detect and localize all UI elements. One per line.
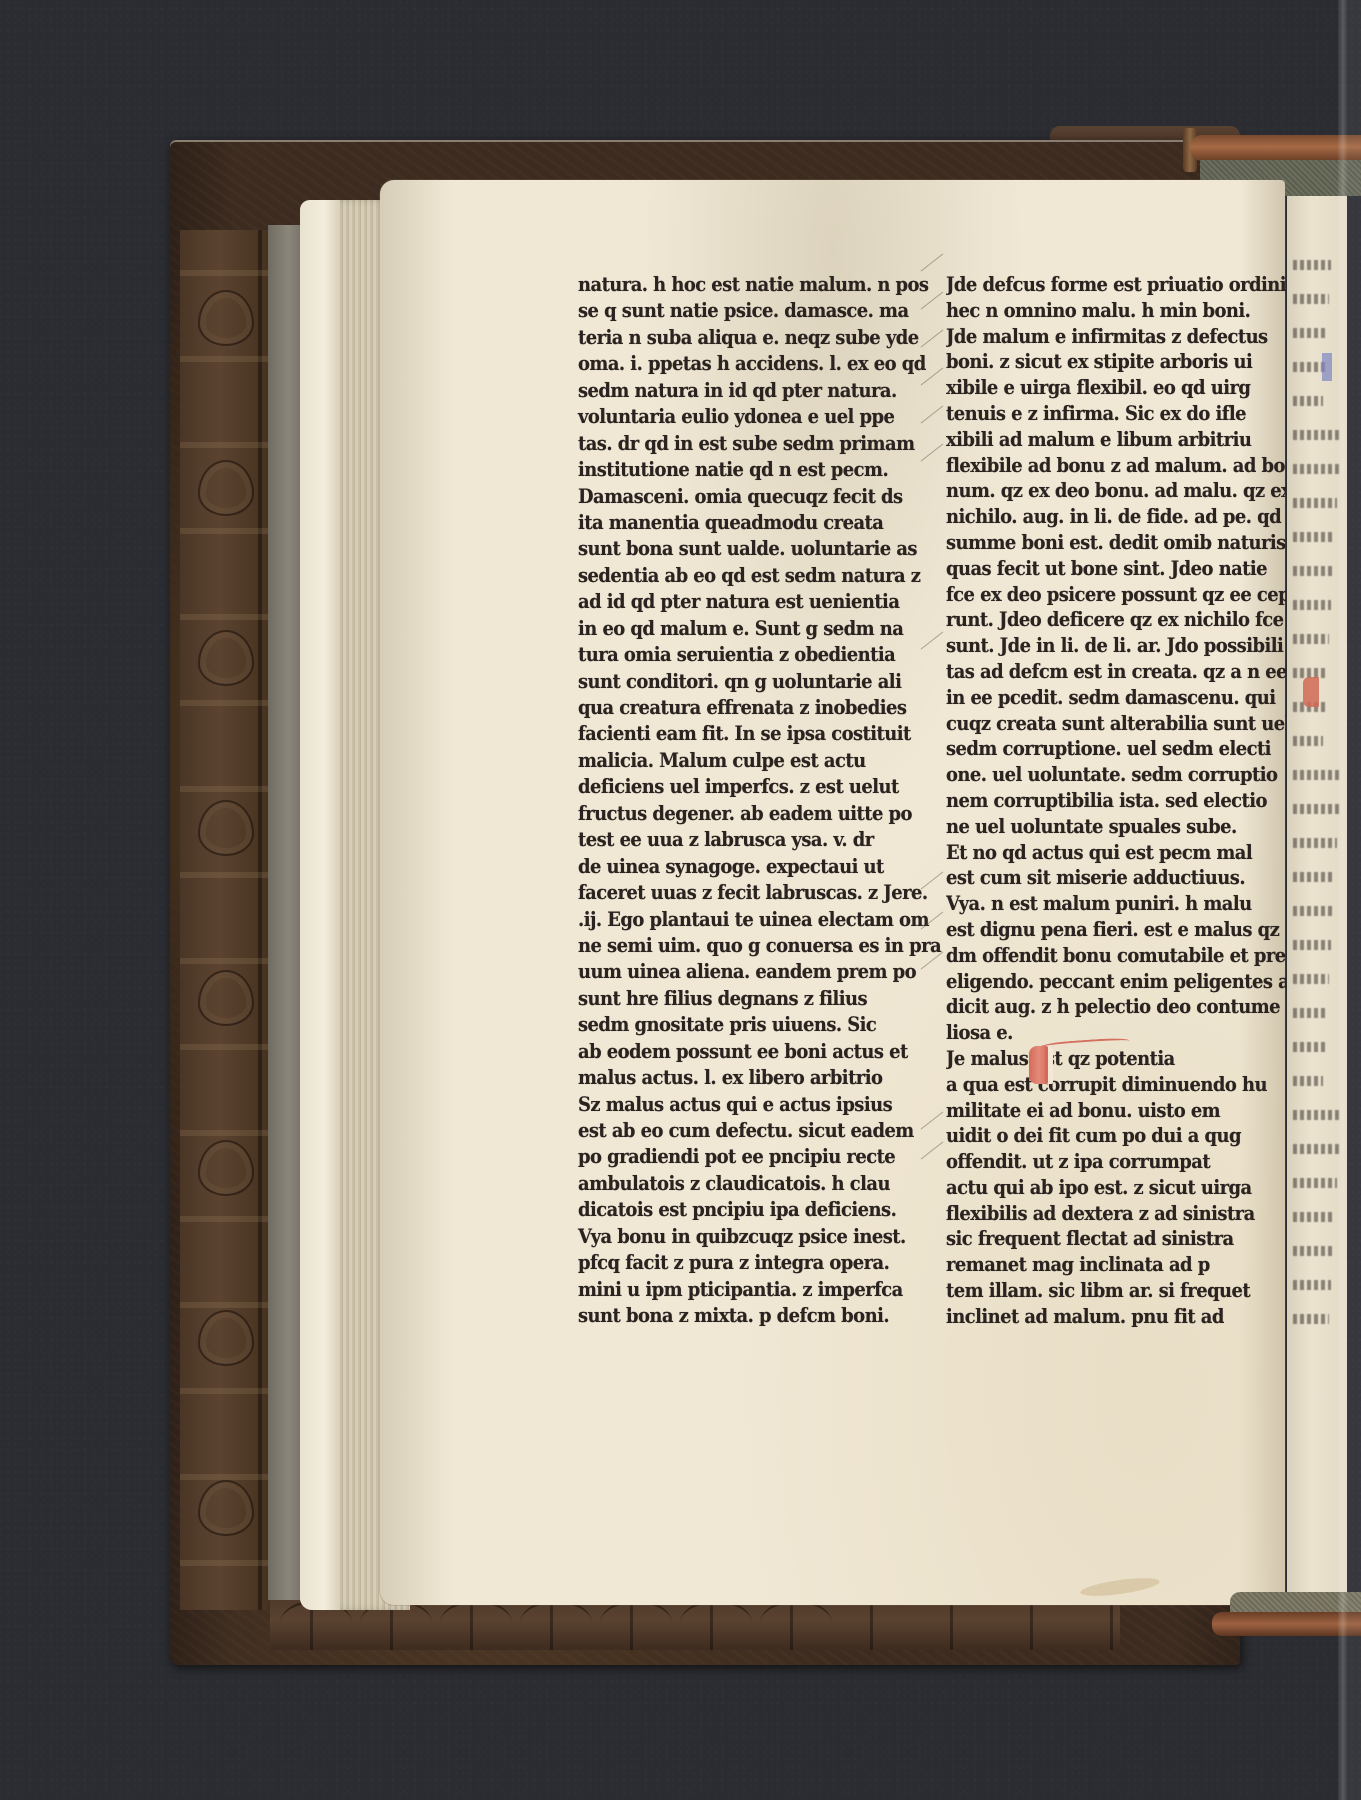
clasp-bar-top: [1190, 135, 1361, 161]
manuscript-text-line: se q sunt natie psice. damasce. ma: [578, 298, 891, 324]
manuscript-text-line: ita manentia queadmodu creata: [578, 510, 891, 536]
manuscript-text-line: boni. z sicut ex stipite arboris ui: [946, 349, 1259, 375]
recto-text-line: [1293, 1042, 1325, 1052]
tooled-motif-icon: [198, 1140, 254, 1196]
recto-text-line: [1293, 872, 1335, 882]
recto-text-line: [1293, 600, 1331, 610]
recto-text-line: [1293, 770, 1341, 780]
manuscript-text-line: fructus degener. ab eadem uitte po: [578, 801, 891, 827]
manuscript-text-line: de uinea synagoge. expectaui ut: [578, 854, 891, 880]
manuscript-text-line: ne uel uoluntate spuales sube.: [946, 814, 1259, 840]
recto-text-line: [1293, 464, 1339, 474]
recto-text-line: [1293, 294, 1329, 304]
manuscript-text-line: eligendo. peccant enim peligentes ad: [946, 969, 1259, 995]
manuscript-text-line: tenuis e z infirma. Sic ex do ifle: [946, 401, 1259, 427]
manuscript-text-line: ne semi uim. quo g conuersa es in pra: [578, 933, 891, 959]
manuscript-text-line: sedentia ab eo qd est sedm natura z: [578, 563, 891, 589]
manuscript-text-line: oma. i. ppetas h accidens. l. ex eo qd: [578, 351, 891, 377]
recto-text-line: [1293, 1144, 1339, 1154]
manuscript-text-line: hec n omnino malu. h min boni.: [946, 298, 1259, 324]
tooled-motif-icon: [198, 1480, 254, 1536]
manuscript-text-line: one. uel uoluntate. sedm corruptio: [946, 762, 1259, 788]
manuscript-text-line: tas. dr qd in est sube sedm primam: [578, 431, 891, 457]
tooled-motif-icon: [198, 1310, 254, 1366]
manuscript-text-line: Jde defcus forme est priuatio ordinis: [946, 272, 1259, 298]
recto-text-line: [1293, 634, 1329, 644]
manuscript-text-line: est dignu pena fieri. est e malus qz: [946, 917, 1259, 943]
recto-text-line: [1293, 1178, 1337, 1188]
manuscript-text-line: offendit. ut z ipa corrumpat: [946, 1149, 1259, 1175]
manuscript-text-line: dicit aug. z h pelectio deo contume: [946, 994, 1259, 1020]
text-column-right: Jde defcus forme est priuatio ordinishec…: [946, 272, 1286, 1330]
manuscript-text-line: ab eodem possunt ee boni actus et: [578, 1039, 891, 1065]
manuscript-text-line: Vya. n est malum puniri. h malu: [946, 891, 1259, 917]
manuscript-text-line: flexibilis ad dextera z ad sinistra: [946, 1201, 1259, 1227]
manuscript-text-line: teria n suba aliqua e. neqz sube yde: [578, 325, 891, 351]
recto-text-line: [1293, 1280, 1331, 1290]
tooled-motif-icon: [198, 970, 254, 1026]
tooled-arc-icon: [600, 1600, 672, 1647]
manuscript-text-line: tas ad defcm est in creata. qz a n ee: [946, 659, 1259, 685]
manuscript-text-line: runt. Jdeo deficere qz ex nichilo fce: [946, 607, 1259, 633]
recto-text-line: [1293, 430, 1341, 440]
recto-text-line: [1293, 1212, 1335, 1222]
recto-text-line: [1293, 260, 1331, 270]
manuscript-text-line: Damasceni. omia quecuqz fecit ds: [578, 484, 891, 510]
manuscript-text-line: sic frequent flectat ad sinistra: [946, 1226, 1259, 1252]
manuscript-text-line: tura omia seruientia z obedientia: [578, 642, 891, 668]
recto-text-line: [1293, 940, 1331, 950]
pastedown-strip: [268, 225, 302, 1600]
recto-text-line: [1293, 838, 1337, 848]
manuscript-text-line: nichilo. aug. in li. de fide. ad pe. qd: [946, 504, 1259, 530]
manuscript-text-line: remanet mag inclinata ad p: [946, 1252, 1259, 1278]
tooled-border-left: [180, 230, 268, 1610]
recto-red-initial-icon: [1303, 677, 1319, 707]
manuscript-text-line: xibile e uirga flexibil. eo qd uirg: [946, 375, 1259, 401]
manuscript-text-line: actu qui ab ipo est. z sicut uirga: [946, 1175, 1259, 1201]
manuscript-text-line: fce ex deo psicere possunt qz ee cepe: [946, 582, 1259, 608]
manuscript-text-line: qua creatura effrenata z inobedies: [578, 695, 891, 721]
manuscript-text-line: natura. h hoc est natie malum. n pos: [578, 272, 891, 298]
manuscript-text-line: test ee uua z labrusca ysa. v. dr: [578, 827, 891, 853]
red-initial-icon: [1029, 1046, 1053, 1084]
recto-text-line: [1293, 362, 1325, 372]
tooled-arc-icon: [680, 1600, 752, 1647]
manuscript-text-line: sedm corruptione. uel sedm electi: [946, 736, 1259, 762]
recto-text-line: [1293, 1246, 1333, 1256]
tooled-motif-icon: [198, 630, 254, 686]
manuscript-text-line: malicia. Malum culpe est actu: [578, 748, 891, 774]
recto-text-line: [1293, 396, 1323, 406]
manuscript-text-line: pfcq facit z pura z integra opera.: [578, 1250, 891, 1276]
manuscript-text-line: .ij. Ego plantaui te uinea electam om: [578, 907, 891, 933]
manuscript-text-line: cuqz creata sunt alterabilia sunt uel: [946, 711, 1259, 737]
manuscript-text-line: Jde malum e infirmitas z defectus: [946, 324, 1259, 350]
manuscript-text-line: sunt hre filius degnans z filius: [578, 986, 891, 1012]
manuscript-text-line: sunt bona sunt ualde. uoluntarie as: [578, 536, 891, 562]
recto-text-line: [1293, 974, 1329, 984]
manuscript-text-line: est ab eo cum defectu. sicut eadem: [578, 1118, 891, 1144]
recto-text-line: [1293, 532, 1335, 542]
manuscript-text-line: flexibile ad bonu z ad malum. ad bo: [946, 453, 1259, 479]
manuscript-text-line: est cum sit miserie adductiuus.: [946, 865, 1259, 891]
manuscript-text-line: Je malus est qz potentia: [946, 1046, 1259, 1072]
manuscript-text-line: militate ei ad bonu. uisto em: [946, 1098, 1259, 1124]
recto-text-line: [1293, 1076, 1323, 1086]
recto-text-line: [1293, 566, 1333, 576]
tooled-motif-icon: [198, 290, 254, 346]
manuscript-text-line: Sz malus actus qui e actus ipsius: [578, 1092, 891, 1118]
recto-text-line: [1293, 328, 1327, 338]
recto-text-line: [1293, 498, 1337, 508]
text-column-left: natura. h hoc est natie malum. n posse q…: [578, 272, 918, 1330]
tooled-motif-icon: [198, 460, 254, 516]
manuscript-text-line: sunt bona z mixta. p defcm boni.: [578, 1303, 891, 1329]
manuscript-text-line: sunt conditori. qn g uoluntarie ali: [578, 669, 891, 695]
recto-blue-initial-icon: [1322, 353, 1332, 381]
recto-text-line: [1293, 1314, 1329, 1324]
manuscript-text-line: uum uinea aliena. eandem prem po: [578, 959, 891, 985]
tooled-motif-icon: [198, 800, 254, 856]
glass-plate-edge: [1338, 0, 1348, 1800]
manuscript-text-line: sunt. Jde in li. de li. ar. Jdo possibil…: [946, 633, 1259, 659]
recto-text-line: [1293, 804, 1339, 814]
manuscript-text-line: in ee pcedit. sedm damascenu. qui: [946, 685, 1259, 711]
manuscript-text-line: deficiens uel imperfcs. z est uelut: [578, 774, 891, 800]
manuscript-text-line: po gradiendi pot ee pncipiu recte: [578, 1144, 891, 1170]
manuscript-text-line: quas fecit ut bone sint. Jdeo natie: [946, 556, 1259, 582]
manuscript-text-line: a qua est corrupit diminuendo hu: [946, 1072, 1259, 1098]
recto-text-line: [1293, 736, 1323, 746]
flyleaf-edge: [300, 200, 340, 1610]
manuscript-text-line: Vya bonu in quibzcuqz psice inest.: [578, 1224, 891, 1250]
manuscript-text-line: sedm natura in id qd pter natura.: [578, 378, 891, 404]
manuscript-text-line: voluntaria eulio ydonea e uel ppe: [578, 404, 891, 430]
manuscript-text-line: ad id qd pter natura est uenientia: [578, 589, 891, 615]
tooled-arc-icon: [520, 1600, 592, 1647]
manuscript-text-line: tem illam. sic libm ar. si frequet: [946, 1278, 1259, 1304]
manuscript-text-line: malus actus. l. ex libero arbitrio: [578, 1065, 891, 1091]
manuscript-text-line: ambulatois z claudicatois. h clau: [578, 1171, 891, 1197]
manuscript-text-line: mini u ipm pticipantia. z imperfca: [578, 1277, 891, 1303]
manuscript-text-line: dm offendit bonu comutabile et pre: [946, 943, 1259, 969]
manuscript-text-line: in eo qd malum e. Sunt g sedm na: [578, 616, 891, 642]
recto-text-line: [1293, 1008, 1327, 1018]
manuscript-text-line: faceret uuas z fecit labruscas. z Jere.: [578, 880, 891, 906]
recto-text-line: [1293, 1110, 1341, 1120]
tooled-arc-icon: [440, 1600, 512, 1647]
manuscript-text-line: uidit o dei fit cum po dui a qug: [946, 1123, 1259, 1149]
manuscript-text-line: sedm gnositate pris uiuens. Sic: [578, 1012, 891, 1038]
manuscript-text-line: dicatois est pncipiu ipa deficiens.: [578, 1197, 891, 1223]
manuscript-text-line: inclinet ad malum. pnu fit ad: [946, 1304, 1259, 1330]
manuscript-text-line: summe boni est. dedit omib naturis: [946, 530, 1259, 556]
manuscript-text-line: Et no qd actus qui est pecm mal: [946, 840, 1259, 866]
manuscript-text-line: xibili ad malum e libum arbitriu: [946, 427, 1259, 453]
glass-plate: [1348, 0, 1361, 1800]
manuscript-text-line: num. qz ex deo bonu. ad malu. qz ex: [946, 478, 1259, 504]
manuscript-text-line: nem corruptibilia ista. sed electio: [946, 788, 1259, 814]
manuscript-text-line: institutione natie qd n est pecm.: [578, 457, 891, 483]
recto-text-line: [1293, 906, 1333, 916]
manuscript-text-line: facienti eam fit. In se ipsa costituit: [578, 721, 891, 747]
tooled-arc-icon: [760, 1600, 832, 1647]
